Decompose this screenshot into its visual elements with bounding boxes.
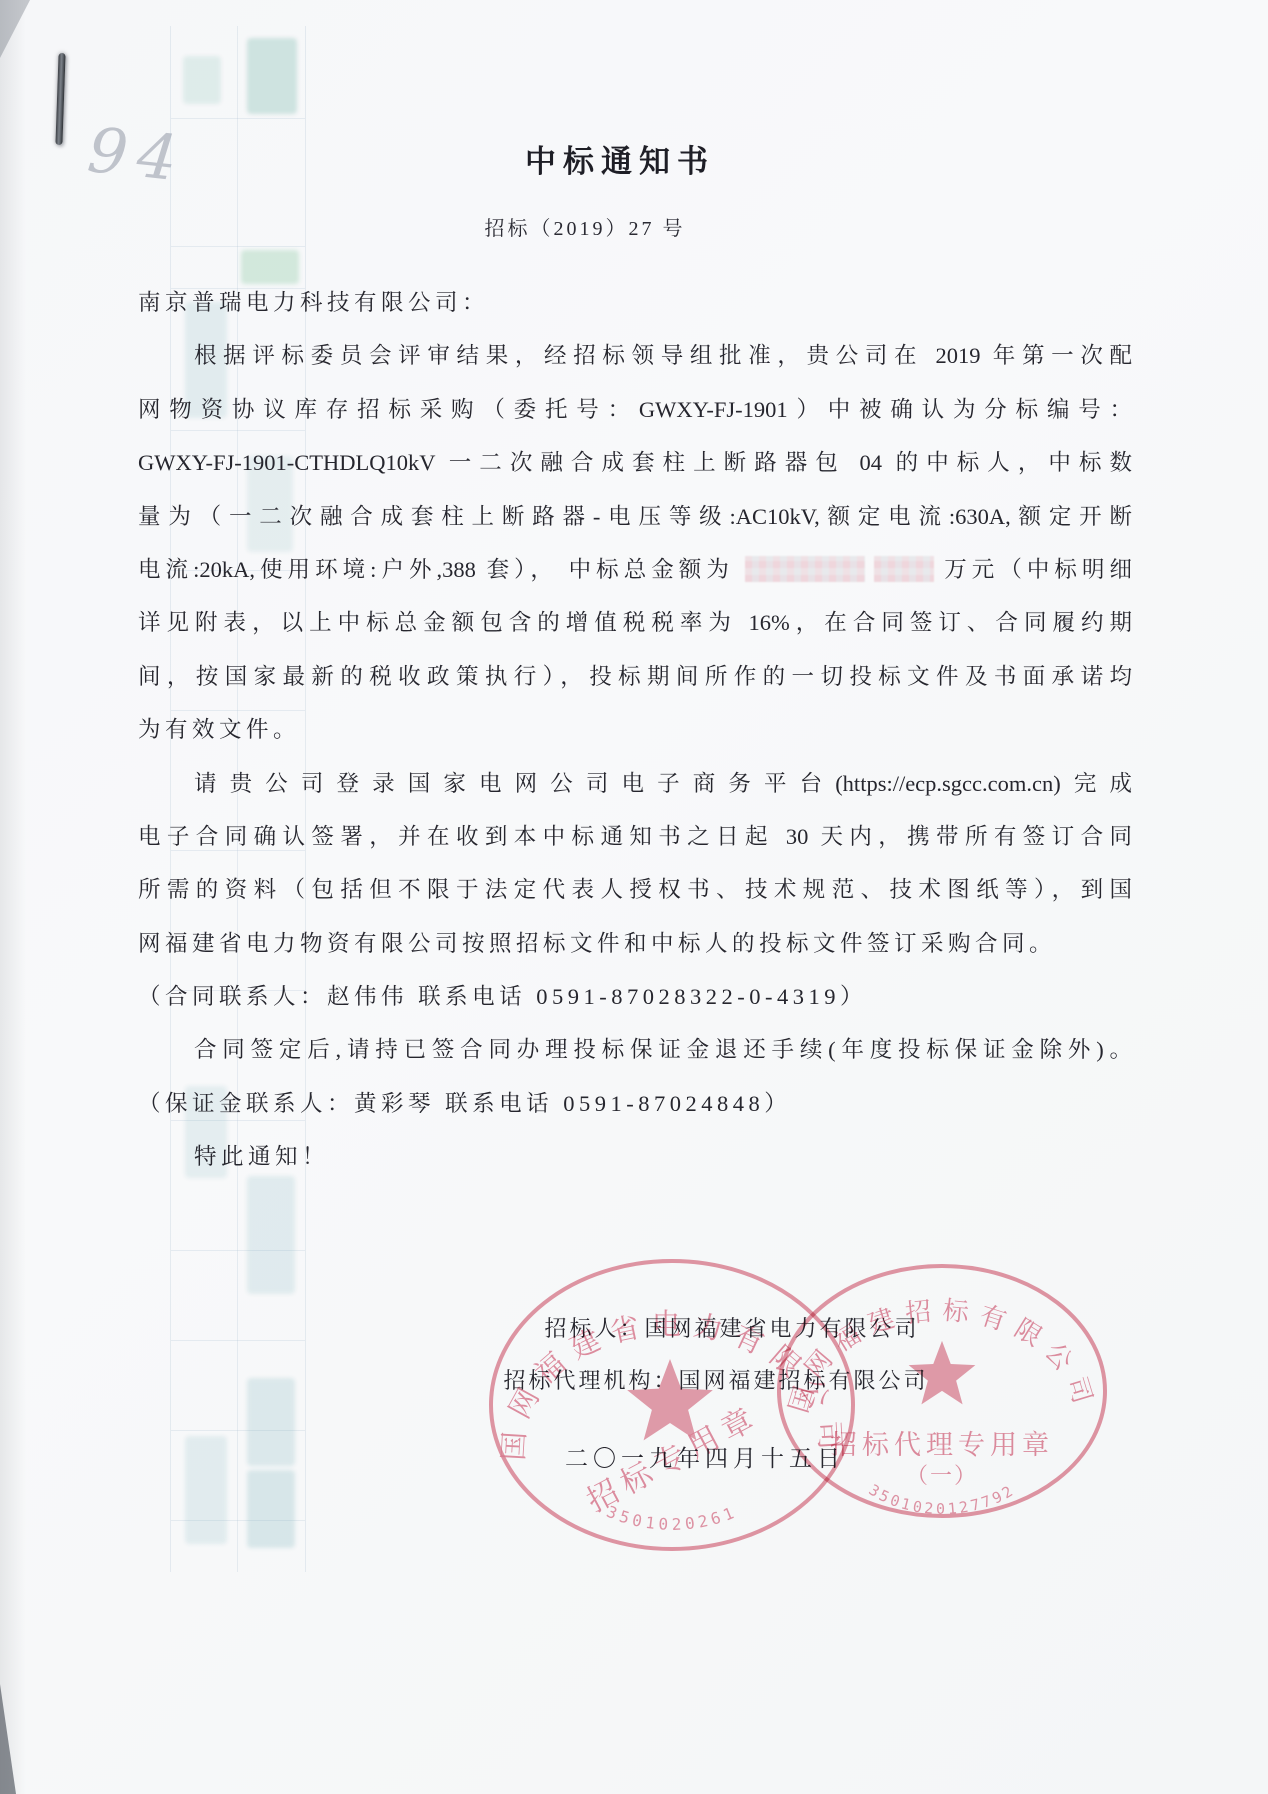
document-number: 招标（2019）27 号 bbox=[0, 212, 1170, 241]
scan-left-edge-shadow bbox=[0, 0, 26, 1794]
red-stamp-agency: 国网福建招标有限公司 招标代理专用章 （一） 3501020127792 bbox=[770, 1258, 1114, 1524]
bleed-grid-line bbox=[171, 118, 305, 119]
staple-mark bbox=[55, 53, 65, 145]
body-line: GWXY-FJ-1901-CTHDLQ10kV 一二次融合成套柱上断路器包 04… bbox=[138, 436, 1132, 489]
body-line: 根据评标委员会评审结果，经招标领导组批准，贵公司在 2019 年第一次配 bbox=[138, 329, 1132, 382]
svg-text:3501020261: 3501020261 bbox=[604, 1502, 740, 1534]
redaction-pixel-block bbox=[874, 556, 934, 582]
contact-line: （保证金联系人：黄彩琴 联系电话 0591-87024848） bbox=[138, 1077, 1132, 1130]
bleed-ink-smudge bbox=[247, 1378, 295, 1466]
body-line: 网福建省电力物资有限公司按照招标文件和中标人的投标文件签订采购合同。 bbox=[138, 917, 1132, 970]
stamp-line1-text: 招标代理专用章 bbox=[830, 1430, 1054, 1460]
notice-closing-line: 特此通知！ bbox=[138, 1130, 1132, 1183]
bleed-grid-line bbox=[171, 1520, 305, 1521]
document-title: 中标通知书 bbox=[0, 136, 1240, 181]
bleed-ink-smudge bbox=[247, 1470, 295, 1548]
bleed-grid-line bbox=[171, 1340, 305, 1341]
bleed-ink-smudge bbox=[247, 1176, 295, 1294]
bleed-grid-line bbox=[171, 1250, 305, 1251]
body-line: 量为（一二次融合成套柱上断路器-电压等级:AC10kV,额定电流:630A,额定… bbox=[138, 490, 1132, 543]
bleed-grid-line bbox=[171, 246, 305, 247]
body-line-with-redaction: 电流:20kA,使用环境:户外,388 套）， 中标总金额为 万元（中标明细 bbox=[138, 543, 1132, 596]
body-text: 电流:20kA,使用环境:户外,388 套）， 中标总金额为 bbox=[138, 557, 745, 582]
bleed-grid-line bbox=[171, 1430, 305, 1431]
bleed-ink-smudge bbox=[247, 38, 297, 114]
stamp-star-icon bbox=[909, 1341, 976, 1404]
redaction-pixel-block bbox=[745, 556, 865, 582]
redacted-amount bbox=[745, 556, 934, 582]
body-line: 为有效文件。 bbox=[138, 703, 1132, 756]
bleed-ink-smudge bbox=[183, 56, 221, 104]
stamp-line2-text: （一） bbox=[906, 1463, 978, 1488]
scanned-document-page: { "annotations": { "handwritten_page_num… bbox=[0, 0, 1268, 1794]
body-line: 间，按国家最新的税收政策执行），投标期间所作的一切投标文件及书面承诺均 bbox=[138, 650, 1132, 703]
stamp-serial-number: 3501020261 bbox=[604, 1502, 740, 1534]
body-line: 请贵公司登录国家电网公司电子商务平台(https://ecp.sgcc.com.… bbox=[138, 757, 1132, 810]
body-line: 合同签定后,请持已签合同办理投标保证金退还手续(年度投标保证金除外)。 bbox=[138, 1023, 1132, 1076]
body-line: 网物资协议库存招标采购（委托号：GWXY-FJ-1901）中被确认为分标编号： bbox=[138, 383, 1132, 436]
addressee-line: 南京普瑞电力科技有限公司： bbox=[138, 276, 1132, 329]
contact-line: （合同联系人：赵伟伟 联系电话 0591-87028322-0-4319） bbox=[138, 970, 1132, 1023]
body-text: 万元（中标明细 bbox=[934, 557, 1132, 582]
document-body: 南京普瑞电力科技有限公司： 根据评标委员会评审结果，经招标领导组批准，贵公司在 … bbox=[138, 276, 1132, 1184]
body-line: 电子合同确认签署，并在收到本中标通知书之日起 30 天内，携带所有签订合同 bbox=[138, 810, 1132, 863]
body-line: 详见附表，以上中标总金额包含的增值税税率为 16%，在合同签订、合同履约期 bbox=[138, 596, 1132, 649]
body-line: 所需的资料（包括但不限于法定代表人授权书、技术规范、技术图纸等），到国 bbox=[138, 863, 1132, 916]
bleed-ink-smudge bbox=[185, 1436, 227, 1544]
